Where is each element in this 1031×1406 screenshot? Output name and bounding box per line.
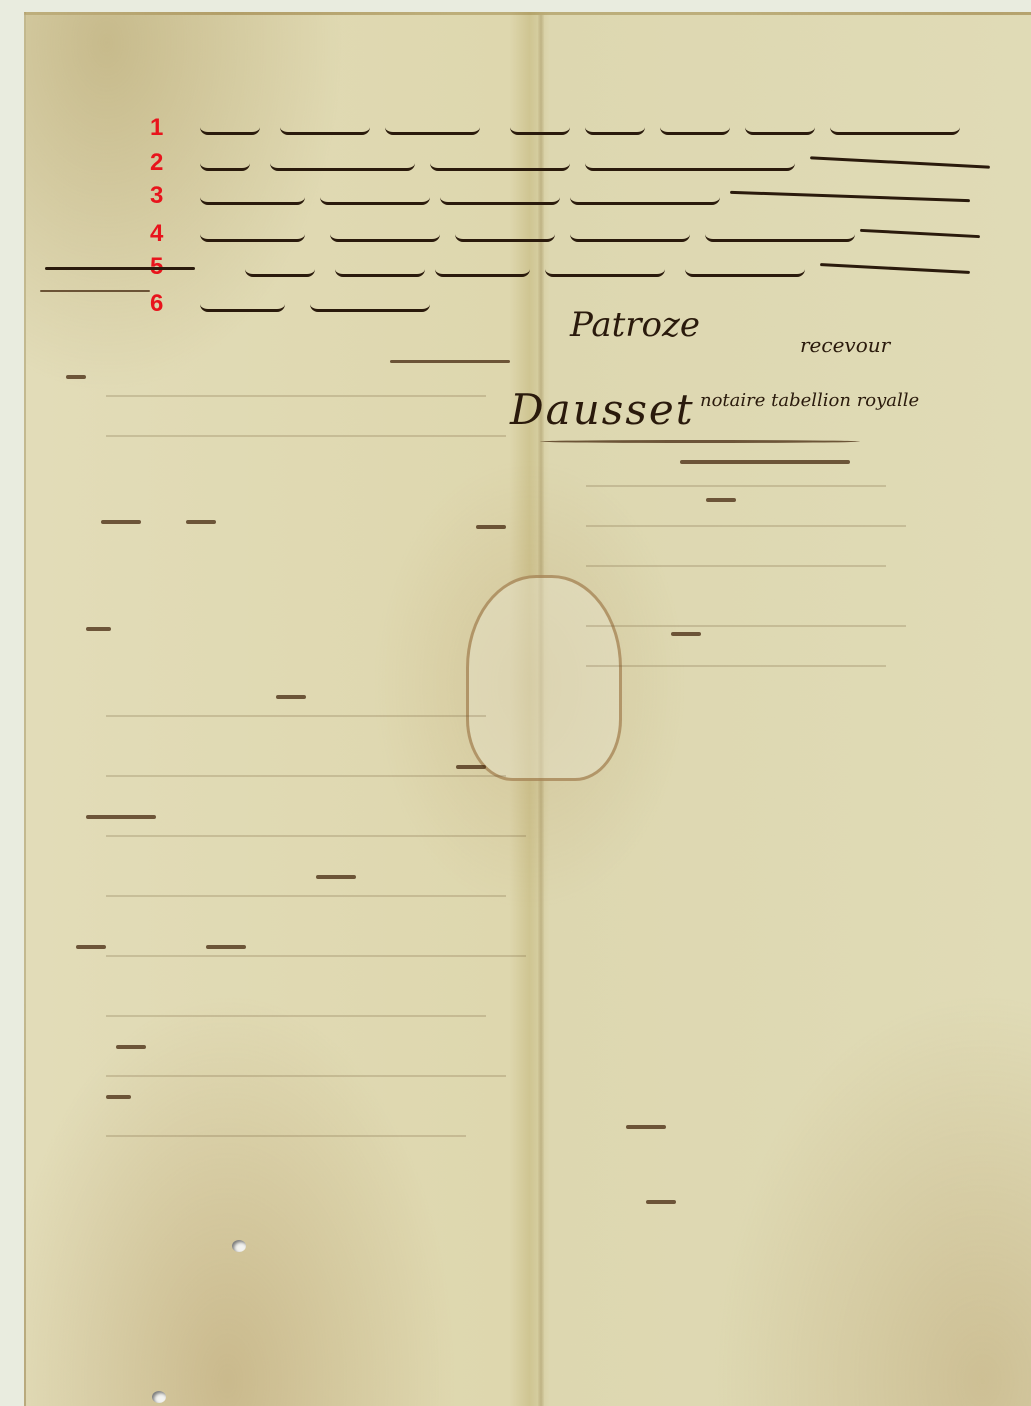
handwritten-line-4 <box>200 223 980 243</box>
signature-underline <box>680 460 850 464</box>
bleed-through <box>586 485 886 487</box>
line-number-3: 3 <box>150 182 163 210</box>
worm-hole <box>152 1391 166 1403</box>
ink-dash <box>671 632 701 636</box>
bleed-through <box>106 775 506 777</box>
bleed-through <box>586 665 886 667</box>
worm-hole <box>232 1240 246 1252</box>
line-number-4: 4 <box>150 220 163 248</box>
bleed-through <box>106 955 526 957</box>
ink-dash <box>706 498 736 502</box>
manuscript-page <box>24 12 1031 1406</box>
ink-dash <box>86 627 111 631</box>
ink-dash <box>646 1200 676 1204</box>
bleed-through <box>106 715 486 717</box>
ink-dash <box>66 375 86 379</box>
handwritten-line-1 <box>200 116 960 136</box>
ink-dash <box>86 815 156 819</box>
line-number-1: 1 <box>150 114 163 142</box>
margin-rule <box>40 290 150 292</box>
ink-dash <box>316 875 356 879</box>
bleed-through <box>106 895 506 897</box>
bleed-through <box>586 625 906 627</box>
water-stain <box>466 575 622 781</box>
ink-dash <box>276 695 306 699</box>
handwritten-line-2 <box>200 152 1000 172</box>
ink-dash <box>476 525 506 529</box>
bleed-through <box>106 435 506 437</box>
ink-dash <box>206 945 246 949</box>
ink-dash <box>626 1125 666 1129</box>
bleed-through <box>586 565 886 567</box>
bleed-through <box>106 1075 506 1077</box>
ink-dash <box>116 1045 146 1049</box>
line-number-6: 6 <box>150 290 163 318</box>
signature-dausset-title: notaire tabellion royalle <box>700 390 960 411</box>
bleed-through <box>586 525 906 527</box>
signature-flourish <box>540 440 860 443</box>
bleed-through <box>106 395 486 397</box>
bleed-through <box>106 1015 486 1017</box>
line-number-2: 2 <box>150 149 163 177</box>
ink-dash <box>456 765 486 769</box>
bleed-through <box>106 1135 466 1137</box>
ink-dash <box>106 1095 131 1099</box>
signature-patroze: Patroze <box>570 305 700 345</box>
handwritten-line-5 <box>45 258 980 278</box>
signature-dausset: Dausset <box>510 385 695 434</box>
signature-patroze-title: recevour <box>800 333 890 357</box>
handwritten-line-3 <box>200 186 980 206</box>
ink-dash <box>101 520 141 524</box>
ink-dash <box>76 945 106 949</box>
signature-flourish <box>390 360 510 363</box>
ink-dash <box>186 520 216 524</box>
bleed-through <box>106 835 526 837</box>
handwritten-line-6 <box>200 293 520 313</box>
